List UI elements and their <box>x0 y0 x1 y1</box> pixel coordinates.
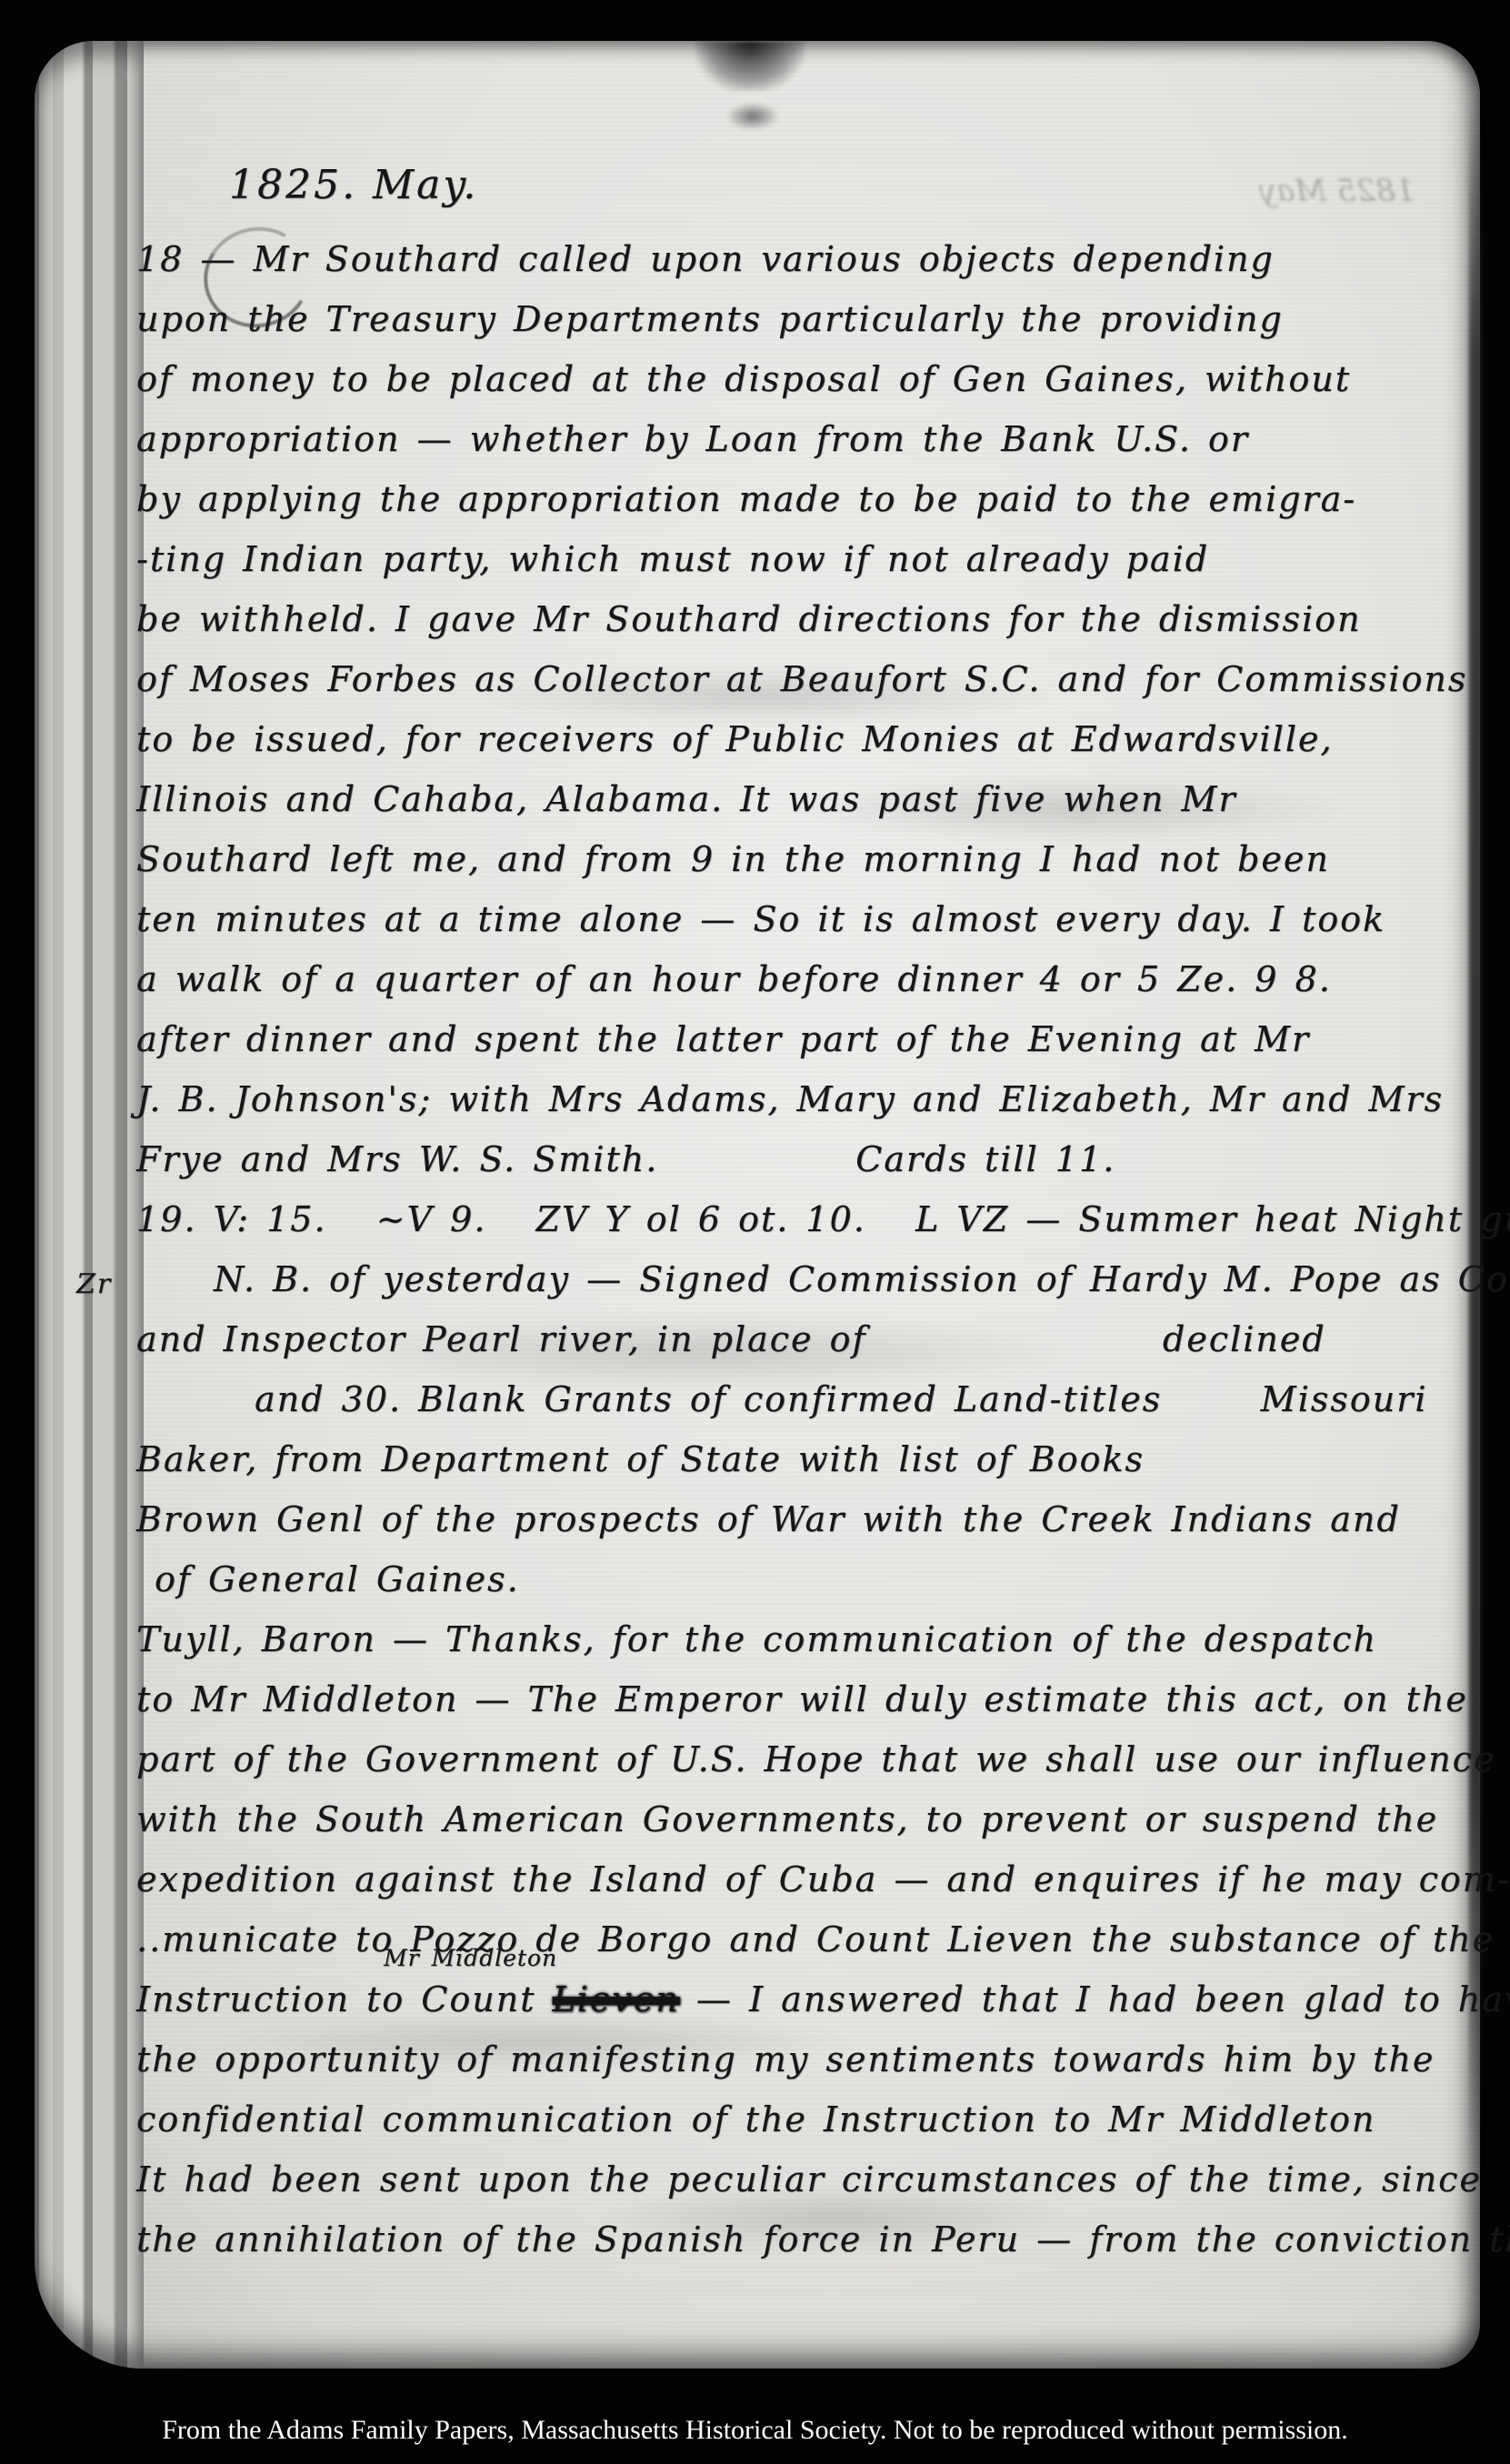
manuscript-line: to Mr Middleton — The Emperor will duly … <box>136 1669 1455 1729</box>
manuscript-line: confidential communication of the Instru… <box>136 2089 1455 2149</box>
manuscript-line: Frye and Mrs W. S. Smith. Cards till 11. <box>136 1129 1455 1189</box>
manuscript-line: -ting Indian party, which must now if no… <box>136 529 1455 589</box>
manuscript-text-block: Zr 18 — Mr Southard called upon various … <box>136 229 1455 2269</box>
margin-note: Zr <box>76 1255 112 1315</box>
manuscript-line: the annihilation of the Spanish force in… <box>136 2209 1455 2269</box>
manuscript-line: 19. V: 15. ~V 9. ZV Y ol 6 ot. 10. L VZ … <box>136 1189 1455 1249</box>
manuscript-line: expedition against the Island of Cuba — … <box>136 1849 1455 1909</box>
manuscript-line: with the South American Governments, to … <box>136 1789 1455 1849</box>
struck-out-text: Lieven <box>553 1979 680 2019</box>
scanned-manuscript-image: 1825 May 1825. May. Zr 18 — Mr Southard … <box>0 0 1510 2464</box>
manuscript-line: by applying the appropriation made to be… <box>136 469 1455 529</box>
book-page-edges <box>35 41 144 2369</box>
manuscript-line: appropriation — whether by Loan from the… <box>136 409 1455 469</box>
manuscript-line: a walk of a quarter of an hour before di… <box>136 949 1455 1009</box>
manuscript-line: Baker, from Department of State with lis… <box>136 1429 1455 1489</box>
manuscript-line: Southard left me, and from 9 in the morn… <box>136 829 1455 889</box>
manuscript-line: of money to be placed at the disposal of… <box>136 349 1455 409</box>
manuscript-line: Illinois and Cahaba, Alabama. It was pas… <box>136 769 1455 829</box>
manuscript-line-segment: — I answered that I had been glad to hav… <box>680 1979 1510 2019</box>
manuscript-line: part of the Government of U.S. Hope that… <box>136 1729 1455 1789</box>
manuscript-line: Tuyll, Baron — Thanks, for the communica… <box>136 1609 1455 1669</box>
manuscript-line: and Inspector Pearl river, in place of d… <box>136 1309 1455 1369</box>
manuscript-line: of Moses Forbes as Collector at Beaufort… <box>136 649 1455 709</box>
manuscript-line: be withheld. I gave Mr Southard directio… <box>136 589 1455 649</box>
manuscript-line: J. B. Johnson's; with Mrs Adams, Mary an… <box>136 1069 1455 1129</box>
archive-caption: From the Adams Family Papers, Massachuse… <box>0 2415 1510 2455</box>
manuscript-line-segment: Instruction to Count <box>136 1979 553 2019</box>
manuscript-line: N. B. of yesterday — Signed Commission o… <box>136 1249 1455 1309</box>
manuscript-line: Brown Genl of the prospects of War with … <box>136 1489 1455 1549</box>
manuscript-line: the opportunity of manifesting my sentim… <box>136 2029 1455 2089</box>
interlined-insertion: Mr Middleton <box>384 1947 557 1969</box>
manuscript-line: Instruction to Count Lieven — I answered… <box>136 1969 1455 2029</box>
manuscript-line: 18 — Mr Southard called upon various obj… <box>136 229 1455 289</box>
diary-heading: 1825. May. <box>136 162 478 208</box>
manuscript-line: ten minutes at a time alone — So it is a… <box>136 889 1455 949</box>
manuscript-line: of General Gaines. <box>136 1549 1455 1609</box>
manuscript-line: ..municate to Pozzo de Borgo and Count L… <box>136 1909 1455 1969</box>
manuscript-line: and 30. Blank Grants of confirmed Land-t… <box>136 1369 1455 1429</box>
manuscript-line: upon the Treasury Departments particular… <box>136 289 1455 349</box>
manuscript-line: after dinner and spent the latter part o… <box>136 1009 1455 1069</box>
manuscript-line: to be issued, for receivers of Public Mo… <box>136 709 1455 769</box>
manuscript-line: It had been sent upon the peculiar circu… <box>136 2149 1455 2209</box>
mirrored-bleed-text: 1825 May <box>1259 173 1415 209</box>
